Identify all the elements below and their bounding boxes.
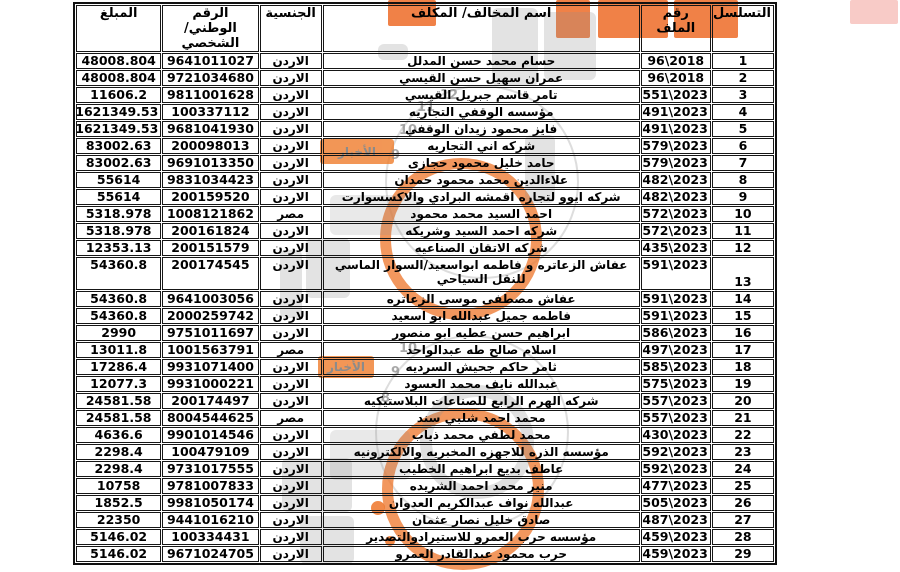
cell-value: 551\2023	[642, 87, 707, 102]
cell-national-id: 200098013	[162, 138, 258, 154]
cell-value: الاردن	[272, 122, 308, 136]
cell-value: 575\2023	[642, 376, 707, 391]
cell-serial: 10	[712, 206, 774, 222]
cell-value: 200161824	[171, 223, 249, 238]
cell-value: 21	[734, 410, 751, 425]
cell-name: عبدالله نواف عبدالكريم العدوان	[323, 495, 640, 511]
cell-value: 557\2023	[642, 410, 707, 425]
cell-value: الاردن	[272, 105, 308, 119]
cell-amount: 2298.4	[76, 461, 161, 477]
cell-value: 6	[739, 138, 748, 153]
cell-value: حامد خليل محمود حجازى	[408, 156, 555, 170]
cell-value: مصر	[277, 343, 304, 357]
cell-value: 11	[734, 223, 751, 238]
cell-value: 24	[734, 461, 751, 476]
cell-national-id: 9691013350	[162, 155, 258, 171]
cell-value: الاردن	[272, 241, 308, 255]
cell-amount: 5318.978	[76, 206, 161, 222]
cell-serial: 23	[712, 444, 774, 460]
cell-name: ثامر حاكم جحيش السرديه	[323, 359, 640, 375]
cell-value: الاردن	[272, 547, 308, 561]
cell-name: شركه ايوو لتجاره اقمشه البرادي والاكسسوا…	[323, 189, 640, 205]
cell-name: شركه الهرم الرابع للصناعات البلاستيكيه	[323, 393, 640, 409]
cell-national-id: 9931071400	[162, 359, 258, 375]
cell-value: 9751011697	[167, 325, 254, 340]
cell-national-id: 2000259742	[162, 308, 258, 324]
cell-serial: 21	[712, 410, 774, 426]
cell-serial: 22	[712, 427, 774, 443]
table-row: 18585\2023ثامر حاكم جحيش السرديهالاردن99…	[76, 359, 774, 375]
cell-file-no: 477\2023	[641, 478, 711, 494]
cell-amount: 5318.978	[76, 223, 161, 239]
cell-file-no: 579\2023	[641, 155, 711, 171]
cell-amount: 24581.58	[76, 393, 161, 409]
cell-national-id: 9641011027	[162, 53, 258, 69]
cell-value: 55614	[97, 189, 141, 204]
cell-value: 579\2023	[642, 155, 707, 170]
table-row: 4491\2023مؤسسه الوقفي التجاريهالاردن1003…	[76, 104, 774, 120]
cell-amount: 11606.2	[76, 87, 161, 103]
cell-value: 497\2023	[642, 342, 707, 357]
cell-file-no: 96\2018	[641, 70, 711, 86]
cell-value: 585\2023	[642, 359, 707, 374]
document-page: الأخبار الأخبار 12111091098 التسلسل رقم …	[0, 0, 900, 572]
cell-value: 1	[739, 53, 748, 68]
table-row: 14591\2023عفاش مصطفى موسى الزعاترهالاردن…	[76, 291, 774, 307]
cell-value: 505\2023	[642, 495, 707, 510]
cell-value: شركه اني التجاريه	[427, 139, 535, 153]
cell-nationality: الاردن	[260, 257, 322, 290]
cell-value: 96\2018	[647, 53, 704, 68]
cell-value: احمد السيد محمد محمود	[410, 207, 552, 221]
header-nationality: الجنسية	[260, 5, 322, 52]
cell-value: الاردن	[272, 360, 308, 374]
cell-national-id: 9981050174	[162, 495, 258, 511]
cell-amount: 2298.4	[76, 444, 161, 460]
cell-nationality: الاردن	[260, 308, 322, 324]
cell-value: عبدالله نايف محمد العسود	[404, 377, 558, 391]
cell-national-id: 9811001628	[162, 87, 258, 103]
cell-nationality: مصر	[260, 410, 322, 426]
cell-national-id: 9681041930	[162, 121, 258, 137]
cell-value: منير محمد احمد الشريده	[410, 479, 553, 493]
cell-value: عفاش الزعاتره و فاطمه ابواسعيد/السوار ال…	[335, 258, 628, 286]
cell-value: 557\2023	[642, 393, 707, 408]
table-row: 9482\2023شركه ايوو لتجاره اقمشه البرادي …	[76, 189, 774, 205]
cell-value: 8	[739, 172, 748, 187]
cell-serial: 29	[712, 546, 774, 562]
cell-name: حسام محمد حسن المدلل	[323, 53, 640, 69]
cell-value: 2298.4	[95, 461, 143, 476]
cell-file-no: 551\2023	[641, 87, 711, 103]
cell-nationality: الاردن	[260, 189, 322, 205]
cell-file-no: 430\2023	[641, 427, 711, 443]
table-row: 26505\2023عبدالله نواف عبدالكريم العدوان…	[76, 495, 774, 511]
cell-value: 1008121862	[167, 206, 254, 221]
cell-value: محمد احمد شلبي سند	[417, 411, 546, 425]
cell-value: الاردن	[272, 377, 308, 391]
cell-value: 100337112	[171, 104, 249, 119]
cell-file-no: 591\2023	[641, 308, 711, 324]
cell-value: 591\2023	[642, 291, 707, 306]
table-row: 24592\2023عاطف بديع ابراهيم الخطيبالاردن…	[76, 461, 774, 477]
cell-value: 13	[734, 274, 751, 289]
cell-value: الاردن	[272, 513, 308, 527]
table-row: 25477\2023منير محمد احمد الشريدهالاردن97…	[76, 478, 774, 494]
cell-amount: 5146.02	[76, 529, 161, 545]
cell-serial: 2	[712, 70, 774, 86]
table-row: 5491\2023فايز محمود زيدان الوقفيالاردن96…	[76, 121, 774, 137]
cell-nationality: الاردن	[260, 223, 322, 239]
cell-value: 1001563791	[167, 342, 254, 357]
table-row: 296\2018عمران سهيل حسن القيسيالاردن97210…	[76, 70, 774, 86]
cell-value: 1852.5	[95, 495, 143, 510]
cell-nationality: الاردن	[260, 121, 322, 137]
cell-file-no: 491\2023	[641, 121, 711, 137]
table-row: 3551\2023تامر قاسم جبريل القيسيالاردن981…	[76, 87, 774, 103]
cell-name: مؤسسه الذره للاجهزه المخبريه والالكتروني…	[323, 444, 640, 460]
cell-value: 10758	[97, 478, 141, 493]
table-row: 21557\2023محمد احمد شلبي سندمصر800454462…	[76, 410, 774, 426]
cell-value: 5146.02	[90, 529, 147, 544]
cell-value: شركه ايوو لتجاره اقمشه البرادي والاكسسوا…	[342, 190, 621, 204]
cell-national-id: 200159520	[162, 189, 258, 205]
cell-value: 19	[734, 376, 751, 391]
cell-value: مصر	[277, 411, 304, 425]
table-row: 27487\2023صادق خليل نصار عثمانالاردن9441…	[76, 512, 774, 528]
cell-amount: 12353.13	[76, 240, 161, 256]
cell-value: عفاش مصطفى موسى الزعاتره	[387, 292, 576, 306]
table-row: 28459\2023مؤسسه حرب العمرو للاستيرادوالت…	[76, 529, 774, 545]
cell-value: 26	[734, 495, 751, 510]
cell-value: الاردن	[272, 394, 308, 408]
cell-value: 20	[734, 393, 751, 408]
cell-value: 27	[734, 512, 751, 527]
cell-nationality: الاردن	[260, 138, 322, 154]
cell-nationality: الاردن	[260, 87, 322, 103]
cell-file-no: 591\2023	[641, 257, 711, 290]
cell-name: شركه اني التجاريه	[323, 138, 640, 154]
cell-name: حرب محمود عبدالقادر العمرو	[323, 546, 640, 562]
cell-value: 586\2023	[642, 325, 707, 340]
cell-nationality: الاردن	[260, 512, 322, 528]
cell-value: الاردن	[272, 156, 308, 170]
table-row: 12435\2023شركه الاتقان الصناعيهالاردن200…	[76, 240, 774, 256]
cell-national-id: 9781007833	[162, 478, 258, 494]
cell-serial: 14	[712, 291, 774, 307]
cell-value: الاردن	[272, 224, 308, 238]
cell-value: الاردن	[272, 445, 308, 459]
cell-file-no: 592\2023	[641, 444, 711, 460]
header-amount: المبلغ	[76, 5, 161, 52]
cell-value: عاطف بديع ابراهيم الخطيب	[399, 462, 563, 476]
cell-serial: 9	[712, 189, 774, 205]
cell-value: 17286.4	[90, 359, 147, 374]
cell-value: 482\2023	[642, 172, 707, 187]
cell-file-no: 482\2023	[641, 189, 711, 205]
cell-value: 5318.978	[86, 223, 152, 238]
cell-nationality: الاردن	[260, 240, 322, 256]
cell-amount: 48008.804	[76, 53, 161, 69]
cell-nationality: الاردن	[260, 291, 322, 307]
table-row: 196\2018حسام محمد حسن المدللالاردن964101…	[76, 53, 774, 69]
cell-file-no: 491\2023	[641, 104, 711, 120]
table-row: 13591\2023عفاش الزعاتره و فاطمه ابواسعيد…	[76, 257, 774, 290]
cell-nationality: الاردن	[260, 427, 322, 443]
cell-value: 2298.4	[95, 444, 143, 459]
cell-value: شركه الهرم الرابع للصناعات البلاستيكيه	[364, 394, 599, 408]
cell-file-no: 497\2023	[641, 342, 711, 358]
cell-national-id: 9751011697	[162, 325, 258, 341]
cell-value: 55614	[97, 172, 141, 187]
cell-name: تامر قاسم جبريل القيسي	[323, 87, 640, 103]
cell-file-no: 96\2018	[641, 53, 711, 69]
cell-amount: 10758	[76, 478, 161, 494]
cell-value: 15	[734, 308, 751, 323]
cell-value: 9721034680	[167, 70, 254, 85]
cell-value: 9931000221	[167, 376, 254, 391]
cell-nationality: الاردن	[260, 376, 322, 392]
cell-value: 200098013	[171, 138, 249, 153]
violators-table: التسلسل رقم الملف اسم المخالف/ المكلف ال…	[73, 2, 777, 565]
cell-value: حسام محمد حسن المدلل	[407, 54, 555, 68]
cell-serial: 19	[712, 376, 774, 392]
cell-nationality: الاردن	[260, 478, 322, 494]
cell-value: مؤسسه الوقفي التجاريه	[409, 105, 554, 119]
table-header-row: التسلسل رقم الملف اسم المخالف/ المكلف ال…	[76, 5, 774, 52]
cell-nationality: الاردن	[260, 53, 322, 69]
cell-name: صادق خليل نصار عثمان	[323, 512, 640, 528]
cell-value: 8004544625	[167, 410, 254, 425]
cell-value: الاردن	[272, 292, 308, 306]
cell-serial: 16	[712, 325, 774, 341]
cell-value: 4	[739, 104, 748, 119]
cell-value: 5	[739, 121, 748, 136]
cell-value: 17	[734, 342, 751, 357]
cell-nationality: الاردن	[260, 359, 322, 375]
cell-value: 9671024705	[167, 546, 254, 561]
header-serial: التسلسل	[712, 5, 774, 52]
cell-value: 10	[734, 206, 751, 221]
cell-value: الاردن	[272, 309, 308, 323]
cell-national-id: 9931000221	[162, 376, 258, 392]
cell-serial: 24	[712, 461, 774, 477]
table-row: 6579\2023شركه اني التجاريهالاردن20009801…	[76, 138, 774, 154]
cell-value: 83002.63	[86, 138, 152, 153]
cell-value: 1621349.53	[76, 121, 158, 136]
cell-value: الاردن	[272, 326, 308, 340]
cell-value: 54360.8	[90, 257, 147, 272]
cell-serial: 1	[712, 53, 774, 69]
cell-nationality: مصر	[260, 206, 322, 222]
cell-name: علاءالدين محمد محمود حمدان	[323, 172, 640, 188]
cell-value: 11606.2	[90, 87, 147, 102]
cell-value: 29	[734, 546, 751, 561]
cell-value: 18	[734, 359, 751, 374]
cell-amount: 55614	[76, 189, 161, 205]
cell-amount: 22350	[76, 512, 161, 528]
cell-serial: 3	[712, 87, 774, 103]
table-row: 20557\2023شركه الهرم الرابع للصناعات الب…	[76, 393, 774, 409]
cell-amount: 54360.8	[76, 291, 161, 307]
cell-name: فاطمه جميل عبدالله ابو اسعيد	[323, 308, 640, 324]
cell-value: مؤسسه حرب العمرو للاستيرادوالتصدير	[366, 530, 596, 544]
cell-value: عبدالله نواف عبدالكريم العدوان	[389, 496, 574, 510]
cell-serial: 11	[712, 223, 774, 239]
table-row: 23592\2023مؤسسه الذره للاجهزه المخبريه و…	[76, 444, 774, 460]
cell-file-no: 557\2023	[641, 393, 711, 409]
cell-amount: 2990	[76, 325, 161, 341]
cell-value: 100479109	[171, 444, 249, 459]
table-body: 196\2018حسام محمد حسن المدللالاردن964101…	[76, 53, 774, 562]
cell-amount: 17286.4	[76, 359, 161, 375]
cell-name: ابراهيم حسن عطيه ابو منصور	[323, 325, 640, 341]
cell-name: عمران سهيل حسن القيسي	[323, 70, 640, 86]
cell-value: 200174497	[171, 393, 249, 408]
cell-national-id: 9731017555	[162, 461, 258, 477]
cell-serial: 20	[712, 393, 774, 409]
cell-value: 83002.63	[86, 155, 152, 170]
cell-serial: 12	[712, 240, 774, 256]
cell-value: 23	[734, 444, 751, 459]
cell-value: مصر	[277, 207, 304, 221]
cell-name: عاطف بديع ابراهيم الخطيب	[323, 461, 640, 477]
cell-nationality: الاردن	[260, 444, 322, 460]
cell-file-no: 487\2023	[641, 512, 711, 528]
cell-value: صادق خليل نصار عثمان	[412, 513, 550, 527]
cell-value: 459\2023	[642, 529, 707, 544]
cell-value: 24581.58	[86, 393, 152, 408]
cell-serial: 7	[712, 155, 774, 171]
cell-serial: 5	[712, 121, 774, 137]
cell-value: فايز محمود زيدان الوقفي	[405, 122, 557, 136]
cell-value: 12	[734, 240, 751, 255]
cell-nationality: الاردن	[260, 495, 322, 511]
cell-value: 28	[734, 529, 751, 544]
cell-serial: 17	[712, 342, 774, 358]
cell-amount: 83002.63	[76, 138, 161, 154]
cell-value: الاردن	[272, 54, 308, 68]
cell-value: 9641003056	[167, 291, 254, 306]
cell-name: حامد خليل محمود حجازى	[323, 155, 640, 171]
cell-serial: 27	[712, 512, 774, 528]
cell-value: الاردن	[272, 479, 308, 493]
table-row: 17497\2023اسلام صالح طه عبدالواحدمصر1001…	[76, 342, 774, 358]
cell-nationality: الاردن	[260, 546, 322, 562]
cell-value: 572\2023	[642, 206, 707, 221]
table-row: 19575\2023عبدالله نايف محمد العسودالاردن…	[76, 376, 774, 392]
cell-value: الاردن	[272, 173, 308, 187]
cell-nationality: الاردن	[260, 529, 322, 545]
cell-value: 9981050174	[167, 495, 254, 510]
cell-value: اسلام صالح طه عبدالواحد	[406, 343, 556, 357]
cell-value: 5318.978	[86, 206, 152, 221]
cell-file-no: 459\2023	[641, 529, 711, 545]
table-row: 11572\2023شركه احمد السيد وشريكهالاردن20…	[76, 223, 774, 239]
cell-value: الاردن	[272, 88, 308, 102]
cell-serial: 15	[712, 308, 774, 324]
cell-serial: 13	[712, 257, 774, 290]
table-row: 15591\2023فاطمه جميل عبدالله ابو اسعيدال…	[76, 308, 774, 324]
cell-value: 435\2023	[642, 240, 707, 255]
cell-value: 9681041930	[167, 121, 254, 136]
cell-file-no: 592\2023	[641, 461, 711, 477]
cell-value: 9441016210	[167, 512, 254, 527]
cell-nationality: مصر	[260, 342, 322, 358]
cell-value: 9901014546	[167, 427, 254, 442]
cell-national-id: 9831034423	[162, 172, 258, 188]
table-row: 7579\2023حامد خليل محمود حجازىالاردن9691…	[76, 155, 774, 171]
cell-serial: 28	[712, 529, 774, 545]
cell-file-no: 586\2023	[641, 325, 711, 341]
cell-nationality: الاردن	[260, 325, 322, 341]
cell-amount: 48008.804	[76, 70, 161, 86]
cell-value: 2	[739, 70, 748, 85]
cell-value: 22350	[97, 512, 141, 527]
cell-value: 487\2023	[642, 512, 707, 527]
table-row: 10572\2023احمد السيد محمد محمودمصر100812…	[76, 206, 774, 222]
cell-national-id: 200161824	[162, 223, 258, 239]
cell-value: 22	[734, 427, 751, 442]
table-row: 29459\2023حرب محمود عبدالقادر العمروالار…	[76, 546, 774, 562]
cell-value: 48008.804	[81, 53, 155, 68]
cell-value: مؤسسه الذره للاجهزه المخبريه والالكتروني…	[354, 445, 609, 459]
cell-value: 482\2023	[642, 189, 707, 204]
watermark-top-red-block	[850, 0, 898, 24]
cell-serial: 6	[712, 138, 774, 154]
cell-amount: 54360.8	[76, 257, 161, 290]
cell-value: الاردن	[272, 139, 308, 153]
header-national-id: الرقم الوطني/الشخصي	[162, 5, 258, 52]
cell-value: عمران سهيل حسن القيسي	[399, 71, 563, 85]
cell-file-no: 459\2023	[641, 546, 711, 562]
cell-national-id: 9641003056	[162, 291, 258, 307]
cell-value: 1621349.53	[76, 104, 158, 119]
cell-value: 9641011027	[167, 53, 254, 68]
cell-name: شركه الاتقان الصناعيه	[323, 240, 640, 256]
cell-amount: 5146.02	[76, 546, 161, 562]
cell-value: 14	[734, 291, 751, 306]
cell-national-id: 9901014546	[162, 427, 258, 443]
cell-value: 9811001628	[167, 87, 254, 102]
cell-value: 9731017555	[167, 461, 254, 476]
cell-value: الاردن	[272, 258, 308, 272]
cell-value: علاءالدين محمد محمود حمدان	[394, 173, 568, 187]
cell-amount: 1852.5	[76, 495, 161, 511]
cell-value: 579\2023	[642, 138, 707, 153]
cell-name: مؤسسه حرب العمرو للاستيرادوالتصدير	[323, 529, 640, 545]
cell-national-id: 200174497	[162, 393, 258, 409]
cell-value: 54360.8	[90, 308, 147, 323]
cell-national-id: 200174545	[162, 257, 258, 290]
cell-value: 2990	[101, 325, 136, 340]
cell-value: الاردن	[272, 462, 308, 476]
cell-file-no: 435\2023	[641, 240, 711, 256]
cell-name: احمد السيد محمد محمود	[323, 206, 640, 222]
cell-national-id: 100334431	[162, 529, 258, 545]
cell-name: فايز محمود زيدان الوقفي	[323, 121, 640, 137]
cell-value: 9691013350	[167, 155, 254, 170]
cell-amount: 54360.8	[76, 308, 161, 324]
cell-name: عفاش الزعاتره و فاطمه ابواسعيد/السوار ال…	[323, 257, 640, 290]
cell-amount: 1621349.53	[76, 121, 161, 137]
cell-value: 16	[734, 325, 751, 340]
cell-value: 9931071400	[167, 359, 254, 374]
cell-value: الاردن	[272, 428, 308, 442]
cell-value: 592\2023	[642, 461, 707, 476]
cell-serial: 26	[712, 495, 774, 511]
cell-value: تامر قاسم جبريل القيسي	[405, 88, 558, 102]
